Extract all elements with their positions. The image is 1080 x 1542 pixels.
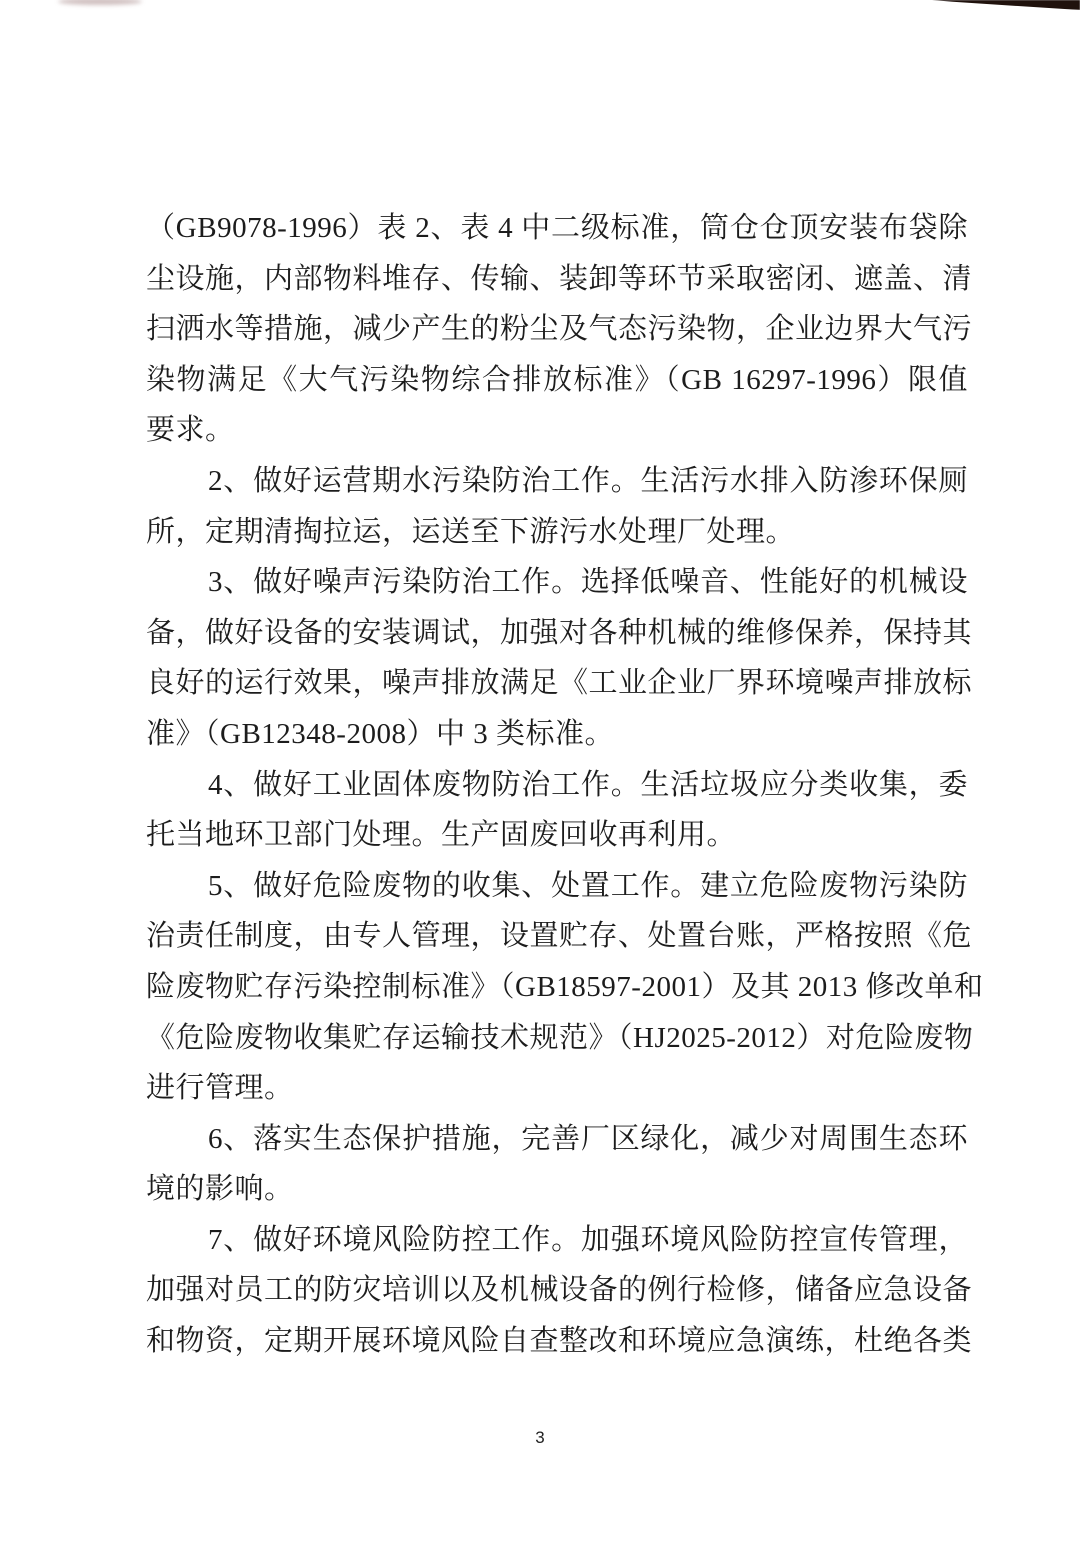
text-line: 所，定期清掏拉运，运送至下游污水处理厂处理。 xyxy=(146,507,968,558)
paragraph-water-pollution: 2、做好运营期水污染防治工作。生活污水排入防渗环保厕 所，定期清掏拉运，运送至下… xyxy=(146,456,968,557)
text-line: 托当地环卫部门处理。生产固废回收再利用。 xyxy=(146,810,968,861)
text-line: 染物满足《大气污染物综合排放标准》（GB 16297-1996）限值 xyxy=(146,355,968,406)
paragraph-hazardous-waste: 5、做好危险废物的收集、处置工作。建立危险废物污染防 治责任制度，由专人管理，设… xyxy=(146,861,968,1114)
text-line: 5、做好危险废物的收集、处置工作。建立危险废物污染防 xyxy=(146,861,968,912)
scan-smudge-top-left xyxy=(58,0,142,5)
paragraph-environmental-risk: 7、做好环境风险防控工作。加强环境风险防控宣传管理， 加强对员工的防灾培训以及机… xyxy=(146,1215,968,1367)
text-line: 《危险废物收集贮存运输技术规范》（HJ2025-2012）对危险废物 xyxy=(146,1013,968,1064)
text-line: 扫洒水等措施，减少产生的粉尘及气态污染物，企业边界大气污 xyxy=(146,304,968,355)
text-line: 准》（GB12348-2008）中 3 类标准。 xyxy=(146,709,968,760)
text-line: 良好的运行效果，噪声排放满足《工业企业厂界环境噪声排放标 xyxy=(146,658,968,709)
paragraph-noise-pollution: 3、做好噪声污染防治工作。选择低噪音、性能好的机械设 备，做好设备的安装调试，加… xyxy=(146,557,968,759)
text-line: 境的影响。 xyxy=(146,1164,968,1215)
text-line: 6、落实生态保护措施，完善厂区绿化，减少对周围生态环 xyxy=(146,1114,968,1165)
text-line: 尘设施，内部物料堆存、传输、装卸等环节采取密闭、遮盖、清 xyxy=(146,254,968,305)
text-line: 3、做好噪声污染防治工作。选择低噪音、性能好的机械设 xyxy=(146,557,968,608)
text-line: 4、做好工业固体废物防治工作。生活垃圾应分类收集，委 xyxy=(146,760,968,811)
text-line: 2、做好运营期水污染防治工作。生活污水排入防渗环保厕 xyxy=(146,456,968,507)
text-line: 7、做好环境风险防控工作。加强环境风险防控宣传管理， xyxy=(146,1215,968,1266)
text-line: 险废物贮存污染控制标准》（GB18597-2001）及其 2013 修改单和 xyxy=(146,962,968,1013)
text-line: （GB9078-1996）表 2、表 4 中二级标准，筒仓仓顶安装布袋除 xyxy=(146,203,968,254)
text-line: 进行管理。 xyxy=(146,1063,968,1114)
paragraph-solid-waste: 4、做好工业固体废物防治工作。生活垃圾应分类收集，委 托当地环卫部门处理。生产固… xyxy=(146,760,968,861)
page-number: 3 xyxy=(0,1428,1080,1448)
text-line: 加强对员工的防灾培训以及机械设备的例行检修，储备应急设备 xyxy=(146,1265,968,1316)
text-line: 治责任制度，由专人管理，设置贮存、处置台账，严格按照《危 xyxy=(146,911,968,962)
paragraph-ecological-protection: 6、落实生态保护措施，完善厂区绿化，减少对周围生态环 境的影响。 xyxy=(146,1114,968,1215)
text-line: 和物资，定期开展环境风险自查整改和环境应急演练，杜绝各类 xyxy=(146,1316,968,1367)
text-line: 备，做好设备的安装调试，加强对各种机械的维修保养，保持其 xyxy=(146,608,968,659)
body-text: （GB9078-1996）表 2、表 4 中二级标准，筒仓仓顶安装布袋除 尘设施… xyxy=(146,203,968,1367)
paragraph-dust-control: （GB9078-1996）表 2、表 4 中二级标准，筒仓仓顶安装布袋除 尘设施… xyxy=(146,203,968,456)
document-page: （GB9078-1996）表 2、表 4 中二级标准，筒仓仓顶安装布袋除 尘设施… xyxy=(0,0,1080,1542)
scan-edge-artifact-top-right xyxy=(932,0,1080,10)
text-line: 要求。 xyxy=(146,405,968,456)
